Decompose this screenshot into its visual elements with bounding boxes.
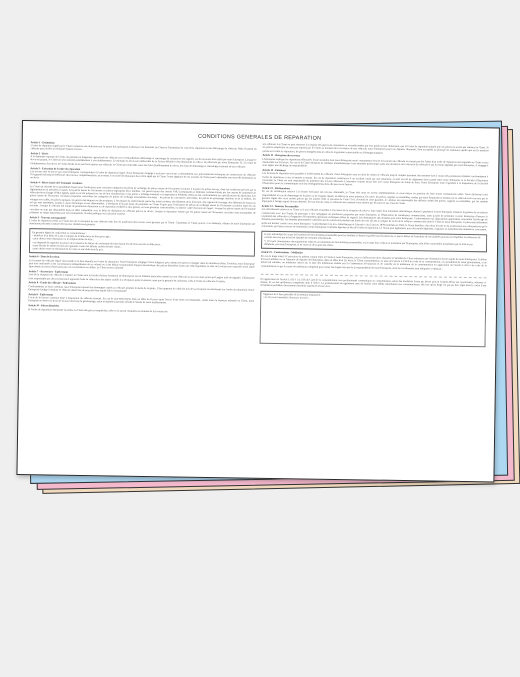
consent-box: Je suis informé(e) de ce que la fournitu… [261, 230, 487, 252]
article-body: Le Client est informé de sa possibilité … [30, 185, 256, 218]
article: Article 15 - Contestations - MédiationEn… [261, 251, 487, 271]
product-photo: CONDITIONS GENERALES DE REPARATION Artic… [0, 0, 520, 677]
article-body: En cas de litige relatif à l'exécution d… [261, 254, 487, 271]
right-column: son véhicule. Le Client ne peut renoncer… [258, 143, 489, 465]
warranty-box: En garantie légale de conformité, le con… [29, 228, 255, 256]
article: Article 12 - PaiementLes factures de rép… [262, 169, 488, 189]
article: Article 4 - Pièces issues de l'économie … [30, 181, 256, 218]
article: Article 13 - RéclamationsEn cas de récla… [262, 187, 488, 207]
signature-box: Signature du Client précédée de la menti… [260, 290, 487, 347]
mediation-legal-notice: En application de l'article L.611-1 à L.… [260, 274, 486, 291]
left-column: Article 1 - EstimationL'ordre de réparat… [26, 139, 257, 461]
article: Article 14 - Données PersonnellesLes inf… [261, 205, 487, 232]
article-body: Les informations relatives au Client ou … [261, 208, 487, 231]
article: Article 5 - Travaux sous garantieL'ordre… [29, 216, 255, 229]
terms-sheet: CONDITIONS GENERALES DE REPARATION Artic… [16, 120, 500, 482]
article: Article 11 - Réception des travauxL'Entr… [262, 154, 488, 171]
